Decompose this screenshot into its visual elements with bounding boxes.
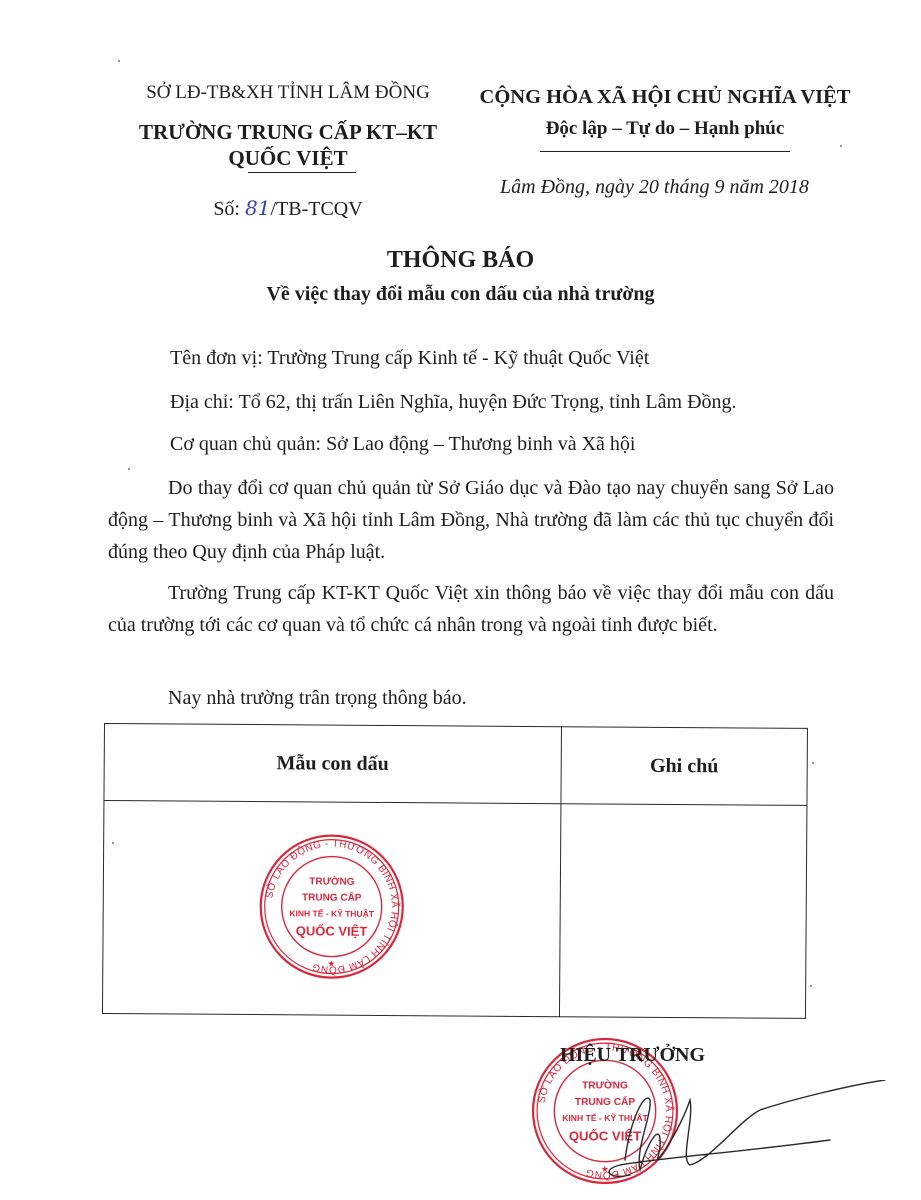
svg-text:QUỐC VIỆT: QUỐC VIỆT (296, 923, 368, 938)
address: Địa chỉ: Tổ 62, thị trấn Liên Nghĩa, huy… (170, 391, 737, 414)
header-notes: Ghi chú (561, 727, 808, 806)
motto-underline (540, 151, 790, 152)
svg-text:★: ★ (327, 958, 335, 968)
issuing-authority: SỞ LĐ-TB&XH TỈNH LÂM ĐỒNG (108, 82, 468, 104)
svg-text:TRƯỜNG: TRƯỜNG (309, 874, 354, 887)
handwritten-signature-icon (590, 1080, 890, 1190)
doc-number-suffix: /TB-TCQV (270, 198, 362, 220)
doc-number-prefix: Số: (213, 198, 245, 220)
national-motto: Độc lập – Tự do – Hạnh phúc (455, 118, 875, 140)
national-title: CỘNG HÒA XÃ HỘI CHỦ NGHĨA VIỆT (455, 86, 875, 109)
official-seal-icon: SỞ LAO ĐỘNG - THƯƠNG BINH XÃ HỘI TỈNH LÂ… (257, 832, 406, 981)
school-name-line2: QUỐC VIỆT (108, 146, 468, 171)
notes-cell (559, 804, 806, 1019)
paragraph-closing: Nay nhà trường trân trọng thông báo. (108, 682, 834, 714)
signatory-title: HIỆU TRƯỞNG (560, 1044, 705, 1067)
svg-text:TRUNG CẤP: TRUNG CẤP (302, 890, 362, 903)
governing-body: Cơ quan chủ quản: Sở Lao động – Thương b… (170, 433, 635, 456)
doc-number-handwritten: 81 (245, 196, 270, 220)
place-date: Lâm Đồng, ngày 20 tháng 9 năm 2018 (500, 176, 809, 199)
header-seal-sample: Mẫu con dấu (104, 724, 562, 804)
document-number: Số: 81/TB-TCQV (108, 196, 468, 221)
document-title: THÔNG BÁO (0, 247, 921, 274)
paragraph-announcement: Trường Trung cấp KT-KT Quốc Việt xin thô… (108, 577, 834, 641)
seal-table: Mẫu con dấu Ghi chú SỞ LAO ĐỘNG - THƯƠNG… (102, 723, 808, 1019)
school-underline (248, 172, 356, 173)
paragraph-reason: Do thay đổi cơ quan chủ quản từ Sở Giáo … (108, 472, 834, 568)
seal-sample-cell: SỞ LAO ĐỘNG - THƯƠNG BINH XÃ HỘI TỈNH LÂ… (102, 801, 560, 1017)
svg-text:KINH TẾ - KỸ THUẬT: KINH TẾ - KỸ THUẬT (289, 907, 374, 919)
school-name-line1: TRƯỜNG TRUNG CẤP KT–KT (108, 120, 468, 145)
document-subtitle: Về việc thay đổi mẫu con dấu của nhà trư… (0, 283, 921, 306)
unit-name: Tên đơn vị: Trường Trung cấp Kinh tế - K… (170, 347, 649, 370)
